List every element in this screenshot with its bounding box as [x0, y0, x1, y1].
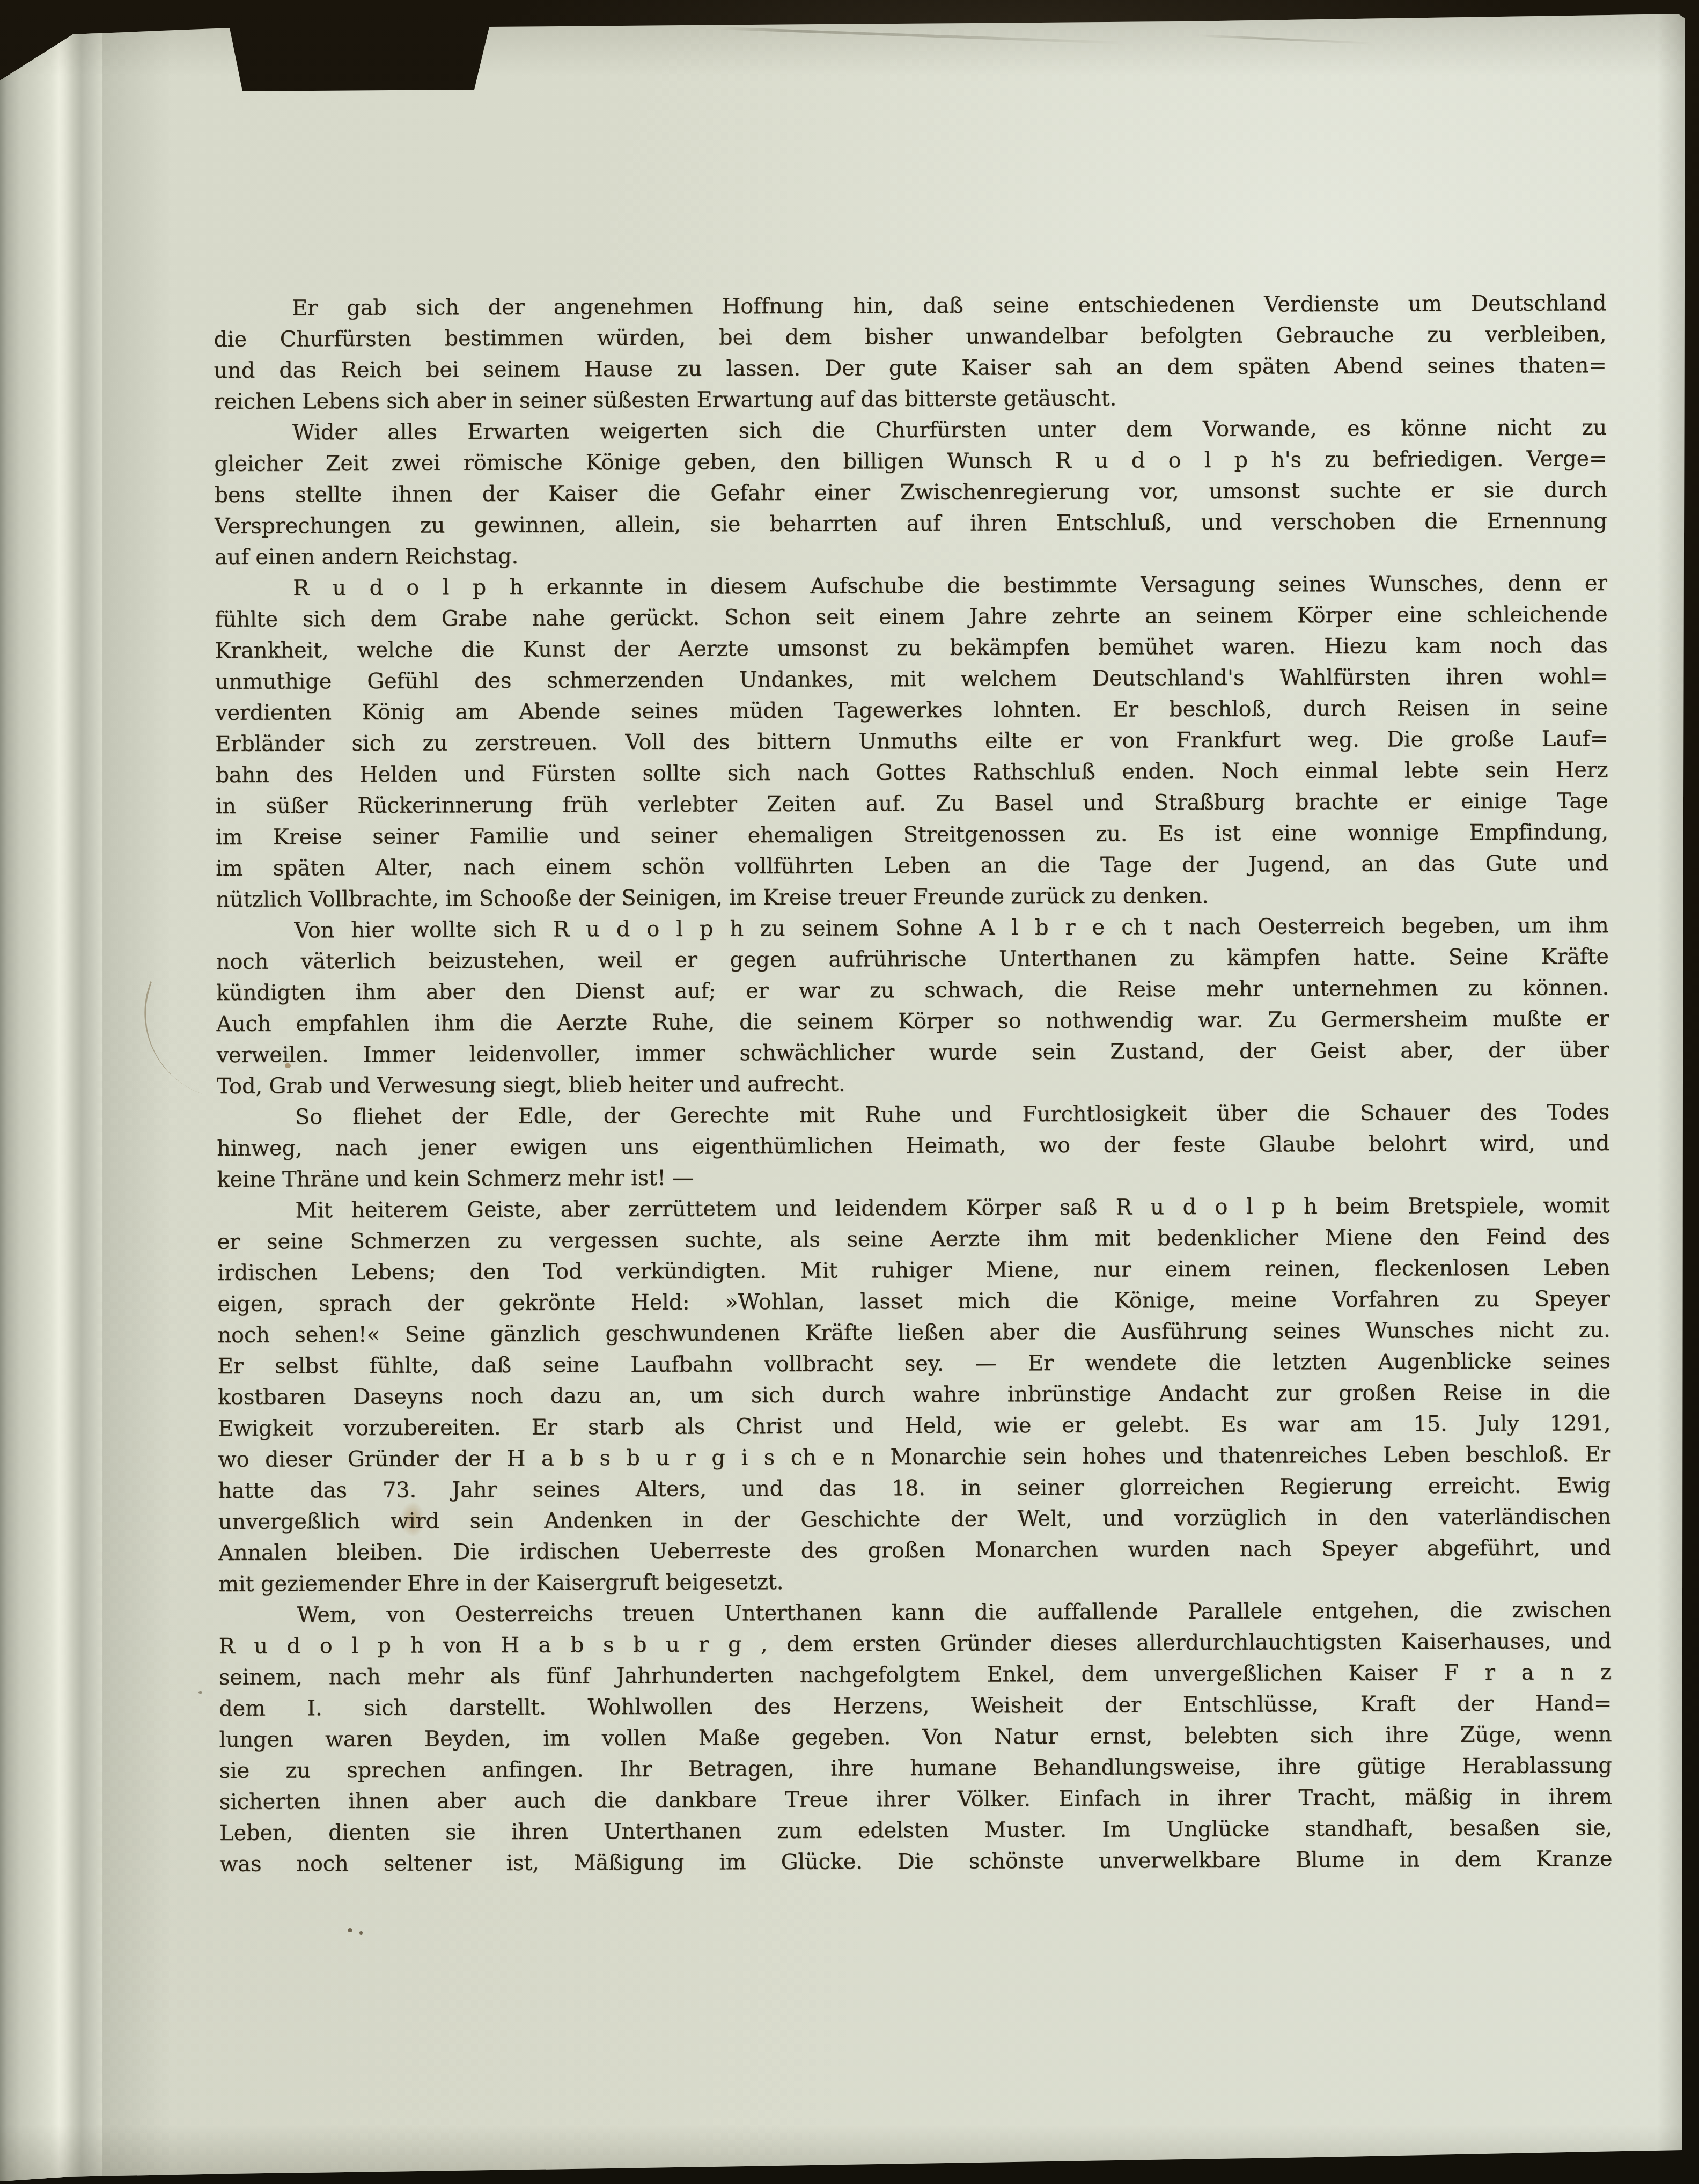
text-line: auf einen andern Reichstag. — [215, 536, 1607, 573]
text-line: Versprechungen zu gewinnen, allein, sie … — [215, 505, 1607, 542]
text-line: Von hier wollte sich R u d o l p h zu se… — [216, 910, 1608, 946]
book-page: Er gab sich der angenehmen Hoffnung hin,… — [0, 0, 1699, 2184]
text-line: Er selbst fühlte, daß seine Laufbahn vol… — [218, 1345, 1610, 1382]
ink-speck — [348, 1928, 352, 1932]
text-line: verweilen. Immer leidenvoller, immer sch… — [216, 1034, 1609, 1071]
ink-speck — [198, 1691, 202, 1694]
text-line: bens stellte ihnen der Kaiser die Gefahr… — [214, 474, 1607, 511]
paragraph: Von hier wollte sich R u d o l p h zu se… — [216, 910, 1609, 1102]
text-line: Ewigkeit vorzubereiten. Er starb als Chr… — [218, 1408, 1610, 1444]
page-gutter-fold — [0, 0, 102, 2184]
text-line: wo dieser Gründer der H a b s b u r g i … — [218, 1439, 1610, 1475]
text-line: Erbländer sich zu zerstreuen. Voll des b… — [215, 723, 1608, 760]
text-line: irdischen Lebens; den Tod verkündigten. … — [217, 1252, 1610, 1289]
text-line: im späten Alter, nach einem schön vollfü… — [216, 848, 1608, 884]
text-line: reichen Lebens sich aber in seiner süßes… — [214, 381, 1607, 417]
text-line: Annalen bleiben. Die irdischen Ueberrest… — [218, 1532, 1611, 1569]
paragraph: Wem, von Oesterreichs treuen Unterthanen… — [218, 1594, 1612, 1880]
text-line: seinem, nach mehr als fünf Jahrhunderten… — [219, 1657, 1612, 1693]
text-line: Krankheit, welche die Kunst der Aerzte u… — [215, 630, 1607, 666]
text-line: noch sehen!« Seine gänzlich geschwundene… — [217, 1314, 1610, 1351]
text-line: was noch seltener ist, Mäßigung im Glück… — [219, 1843, 1612, 1880]
text-line: R u d o l p h erkannte in diesem Aufschu… — [215, 568, 1607, 604]
text-line: sie zu sprechen anfingen. Ihr Betragen, … — [219, 1750, 1612, 1786]
text-line: Auch empfahlen ihm die Aerzte Ruhe, die … — [216, 1003, 1609, 1040]
text-line: mit geziemender Ehre in der Kaisergruft … — [218, 1563, 1611, 1600]
text-line: gleicher Zeit zwei römische Könige geben… — [214, 443, 1607, 480]
bottom-edge-shadow — [0, 2114, 1699, 2184]
page-text: Er gab sich der angenehmen Hoffnung hin,… — [214, 288, 1612, 1880]
text-line: er seine Schmerzen zu vergessen suchte, … — [217, 1221, 1610, 1258]
text-line: bahn des Helden und Fürsten sollte sich … — [215, 754, 1608, 791]
text-line: eigen, sprach der gekrönte Held: »Wohlan… — [217, 1283, 1610, 1320]
text-line: verdienten König am Abende seines müden … — [215, 692, 1608, 729]
text-line: So fliehet der Edle, der Gerechte mit Ru… — [217, 1097, 1609, 1133]
paper-crease — [1196, 34, 1373, 45]
paragraph: Er gab sich der angenehmen Hoffnung hin,… — [214, 288, 1607, 417]
text-line: noch väterlich beizustehen, weil er gege… — [216, 941, 1609, 977]
text-line: Er gab sich der angenehmen Hoffnung hin,… — [214, 288, 1606, 324]
paragraph: Wider alles Erwarten weigerten sich die … — [214, 412, 1607, 573]
text-line: kündigten ihm aber den Dienst auf; er wa… — [216, 972, 1609, 1009]
right-edge-shadow — [1648, 0, 1699, 2184]
text-line: dem I. sich darstellt. Wohlwollen des He… — [219, 1688, 1612, 1724]
text-line: kostbaren Daseyns noch dazu an, um sich … — [218, 1377, 1610, 1413]
text-line: nützlich Vollbrachte, im Schooße der Sei… — [216, 879, 1608, 915]
text-line: Leben, dienten sie ihren Unterthanen zum… — [219, 1812, 1612, 1849]
text-line: unvergeßlich wird sein Andenken in der G… — [218, 1501, 1611, 1538]
text-line: hatte das 73. Jahr seines Alters, und da… — [218, 1470, 1610, 1506]
text-line: Wider alles Erwarten weigerten sich die … — [214, 412, 1607, 448]
paragraph: Mit heiterem Geiste, aber zerrüttetem un… — [217, 1190, 1611, 1600]
text-line: im Kreise seiner Familie und seiner ehem… — [216, 817, 1608, 853]
text-line: unmuthige Gefühl des schmerzenden Undank… — [215, 661, 1608, 697]
text-line: fühlte sich dem Grabe nahe gerückt. Scho… — [215, 599, 1607, 635]
paragraph: So fliehet der Edle, der Gerechte mit Ru… — [217, 1097, 1610, 1195]
text-line: keine Thräne und kein Schmerz mehr ist! … — [217, 1159, 1609, 1195]
top-edge-shadow — [0, 0, 1699, 123]
text-line: hinweg, nach jener ewigen uns eigenthüml… — [217, 1128, 1609, 1164]
paper-crease — [719, 27, 1127, 45]
text-line: lungen waren Beyden, im vollen Maße gege… — [219, 1719, 1612, 1755]
text-line: sicherten ihnen aber auch die dankbare T… — [219, 1781, 1612, 1818]
gutter-shadow — [102, 0, 172, 2184]
text-line: und das Reich bei seinem Hause zu lassen… — [214, 350, 1606, 386]
text-line: Tod, Grab und Verwesung siegt, blieb hei… — [217, 1065, 1609, 1102]
ink-speck — [359, 1931, 363, 1935]
text-line: R u d o l p h von H a b s b u r g , dem … — [219, 1626, 1612, 1662]
paragraph: R u d o l p h erkannte in diesem Aufschu… — [215, 568, 1608, 915]
text-line: Mit heiterem Geiste, aber zerrüttetem un… — [217, 1190, 1609, 1226]
text-line: in süßer Rückerinnerung früh verlebter Z… — [216, 785, 1608, 822]
text-line: Wem, von Oesterreichs treuen Unterthanen… — [218, 1594, 1611, 1631]
scanner-background: Er gab sich der angenehmen Hoffnung hin,… — [0, 0, 1699, 2184]
text-line: die Churfürsten bestimmen würden, bei de… — [214, 319, 1606, 355]
